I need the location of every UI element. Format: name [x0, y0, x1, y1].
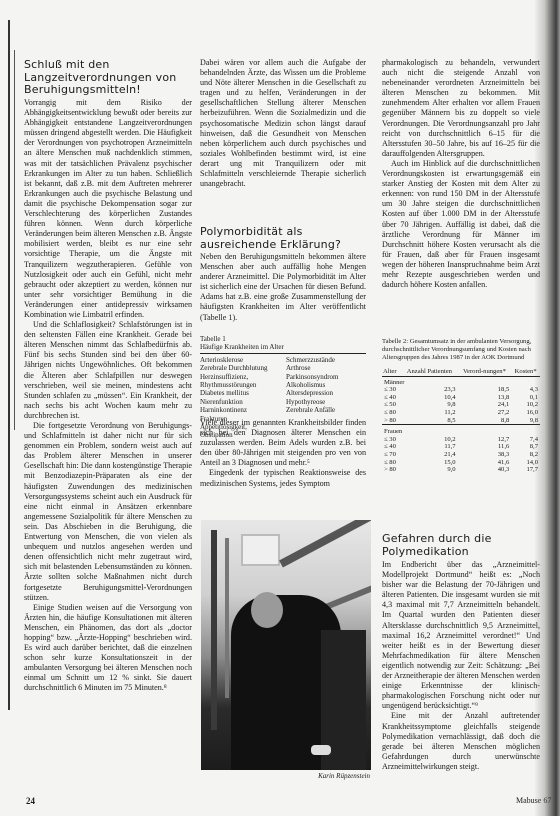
list-item: Parkinsonsyndrom: [286, 373, 366, 381]
person-head: [251, 592, 283, 628]
picture-frame-shape: [241, 534, 280, 566]
list-item: Altersdepression: [286, 389, 366, 397]
column-header: Anzahl Patienten: [401, 368, 458, 376]
table-row: ≤ 4011,711,68,7: [382, 443, 540, 451]
paragraph: Neben den Beruhigungsmitteln bekommen äl…: [200, 252, 366, 323]
list-item: Harninkontinenz: [200, 406, 280, 414]
paragraph: Einige Studien weisen auf die Versorgung…: [24, 603, 192, 694]
paragraph: Im Endbericht über das „Arzneimittel-Mod…: [382, 560, 540, 711]
list-item: Herzinsuffizienz, Rhythmusstörungen: [200, 373, 280, 390]
table-row: ≤ 8015,041,614,0: [382, 459, 540, 467]
table-1-label: Tabelle 1: [200, 335, 366, 343]
list-item: Arthrose: [286, 364, 366, 372]
column-2-body: Neben den Beruhigungsmitteln bekommen äl…: [200, 252, 366, 323]
paragraph: Und die Schlaflosigkeit? Schlafstörungen…: [24, 320, 192, 421]
binding-shadow: [534, 0, 560, 816]
list-item: Alkoholismus: [286, 381, 366, 389]
list-item: Schmerzzustände: [286, 356, 366, 364]
list-item: Hypothyreose: [286, 398, 366, 406]
table-row: ≤ 4010,413,80,1: [382, 394, 540, 402]
list-item: Arteriosklerose: [200, 356, 280, 364]
column-3-body: Im Endbericht über das „Arzneimittel-Mod…: [382, 560, 540, 772]
column-header: Alter: [382, 368, 401, 376]
table-2-caption: Tabelle 2: Gesamtumsatz in der ambulante…: [382, 338, 542, 361]
list-item: Nierenfunktion: [200, 398, 280, 406]
table-row: ≤ 8011,227,216,0: [382, 409, 540, 417]
paragraph: Dabei wären vor allem auch die Aufgabe d…: [200, 58, 366, 189]
page-number: 24: [26, 796, 35, 806]
column-header: Verord-nungen*: [458, 368, 512, 376]
table-row: ≤ 7021,438,38,2: [382, 451, 540, 459]
list-item: Zerebrale Durchblutung: [200, 364, 280, 372]
paragraph: pharmakologisch zu behandeln, verwundert…: [382, 58, 540, 159]
table-row: > 808,58,89,8: [382, 417, 540, 425]
paragraph: Eingedenk der typischen Reaktionsweise d…: [200, 468, 366, 488]
group-label: Frauen: [382, 426, 540, 436]
section-heading-sedatives: Schluß mit den Langzeitverordnungen von …: [24, 59, 194, 97]
list-item: Zerebrale Anfälle: [286, 406, 366, 414]
photo-credit: Karin Rüpzenstein: [300, 772, 370, 780]
table-row: ≤ 3010,212,77,4: [382, 436, 540, 444]
paragraph: Viele dieser im genannten Krankheitsbild…: [200, 418, 366, 468]
column-2-intro: Dabei wären vor allem auch die Aufgabe d…: [200, 58, 366, 189]
paragraph: Auch im Hinblick auf die durchschnittlic…: [382, 159, 540, 290]
column-2-after-table: Viele dieser im genannten Krankheitsbild…: [200, 418, 366, 489]
table-1-title: Häufige Krankheiten im Alter: [200, 343, 366, 353]
section-heading-polymorbidity: Polymorbidität als ausreichende Erklärun…: [200, 226, 370, 251]
list-item: Diabetes mellitus: [200, 389, 280, 397]
paragraph: Vorrangig mit dem Risiko der Abhängigkei…: [24, 98, 192, 320]
group-label: Männer: [382, 376, 540, 386]
column-3-intro: pharmakologisch zu behandeln, verwundert…: [382, 58, 540, 290]
table-2-prescriptions: Alter Anzahl Patienten Verord-nungen* Ko…: [382, 368, 540, 474]
table-row: > 809,040,317,7: [382, 466, 540, 474]
section-heading-polymedication: Gefahren durch die Polymedikation: [382, 533, 542, 558]
paragraph: Eine mit der Anzahl auftretender Krankhe…: [382, 711, 540, 772]
table-row: ≤ 3023,318,54,3: [382, 386, 540, 394]
margin-rule-inner: [14, 50, 15, 430]
table-row: ≤ 509,824,110,2: [382, 401, 540, 409]
paragraph: Die fortgesetzte Verordnung von Beruhigu…: [24, 421, 192, 603]
column-1-body: Vorrangig mit dem Risiko der Abhängigkei…: [24, 98, 192, 694]
photo-elderly-person: [201, 520, 371, 770]
margin-rule: [8, 20, 10, 710]
magazine-page: Schluß mit den Langzeitverordnungen von …: [0, 0, 560, 816]
